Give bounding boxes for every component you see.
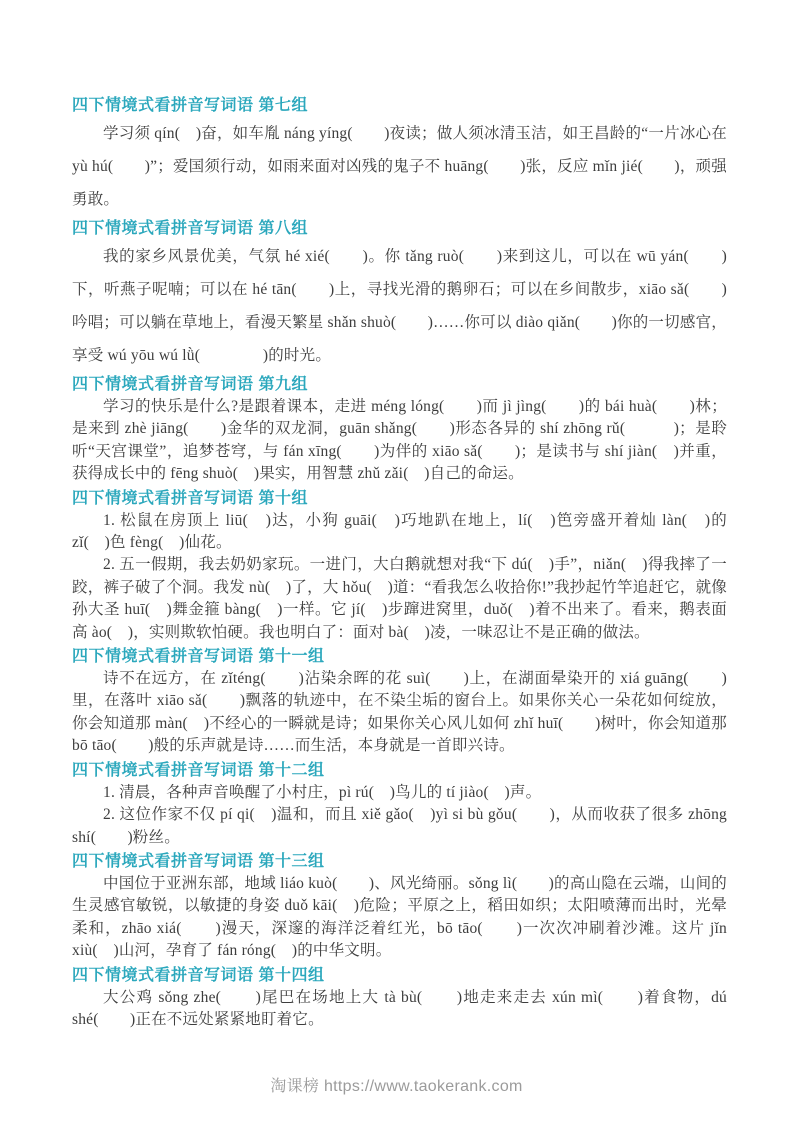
- group-title: 四下情境式看拼音写词语 第十组: [72, 489, 727, 509]
- group-paragraph: 我的家乡风景优美，气氛 hé xié( )。你 tǎng ruò( )来到这儿，…: [72, 240, 727, 372]
- group-paragraph: 2. 五一假期，我去奶奶家玩。一进门，大白鹅就想对我“下 dú( )手”，niǎ…: [72, 554, 727, 644]
- group-paragraph: 2. 这位作家不仅 pí qi( )温和，而且 xiě gǎo( )yì si …: [72, 804, 727, 849]
- worksheet-group-8: 四下情境式看拼音写词语 第八组 我的家乡风景优美，气氛 hé xié( )。你 …: [72, 219, 727, 372]
- group-paragraph: 中国位于亚洲东部，地域 liáo kuò( )、风光绮丽。sǒng lì( )的…: [72, 873, 727, 963]
- worksheet-group-10: 四下情境式看拼音写词语 第十组 1. 松鼠在房顶上 liū( )达，小狗 guā…: [72, 489, 727, 644]
- group-paragraph: 1. 松鼠在房顶上 liū( )达，小狗 guāi( )巧地趴在地上，lí( )…: [72, 510, 727, 555]
- group-title: 四下情境式看拼音写词语 第十一组: [72, 647, 727, 667]
- group-title: 四下情境式看拼音写词语 第九组: [72, 375, 727, 395]
- group-title: 四下情境式看拼音写词语 第八组: [72, 219, 727, 239]
- worksheet-group-12: 四下情境式看拼音写词语 第十二组 1. 清晨，各种声音唤醒了小村庄，pì rú(…: [72, 761, 727, 849]
- group-title: 四下情境式看拼音写词语 第七组: [72, 96, 727, 116]
- footer-site-name: 淘课榜: [270, 1078, 319, 1095]
- worksheet-content: 四下情境式看拼音写词语 第七组 学习须 qín( )奋，如车胤 náng yín…: [72, 96, 727, 1031]
- group-paragraph: 1. 清晨，各种声音唤醒了小村庄，pì rú( )鸟儿的 tí jiào( )声…: [72, 782, 727, 804]
- page-footer: 淘课榜 https://www.taokerank.com: [0, 1073, 793, 1096]
- group-paragraph: 学习须 qín( )奋，如车胤 náng yíng( )夜读；做人须冰清玉洁，如…: [72, 117, 727, 216]
- worksheet-group-11: 四下情境式看拼音写词语 第十一组 诗不在远方，在 zǐténg( )沾染余晖的花…: [72, 647, 727, 758]
- group-paragraph: 学习的快乐是什么?是跟着课本，走进 méng lóng( )而 jì jìng(…: [72, 396, 727, 486]
- group-title: 四下情境式看拼音写词语 第十三组: [72, 852, 727, 872]
- group-title: 四下情境式看拼音写词语 第十二组: [72, 761, 727, 781]
- group-title: 四下情境式看拼音写词语 第十四组: [72, 966, 727, 986]
- worksheet-group-14: 四下情境式看拼音写词语 第十四组 大公鸡 sǒng zhe( )尾巴在场地上大 …: [72, 966, 727, 1032]
- worksheet-group-9: 四下情境式看拼音写词语 第九组 学习的快乐是什么?是跟着课本，走进 méng l…: [72, 375, 727, 486]
- worksheet-page: 四下情境式看拼音写词语 第七组 学习须 qín( )奋，如车胤 náng yín…: [0, 0, 793, 1122]
- worksheet-group-7: 四下情境式看拼音写词语 第七组 学习须 qín( )奋，如车胤 náng yín…: [72, 96, 727, 216]
- worksheet-group-13: 四下情境式看拼音写词语 第十三组 中国位于亚洲东部，地域 liáo kuò( )…: [72, 852, 727, 963]
- group-paragraph: 诗不在远方，在 zǐténg( )沾染余晖的花 suì( )上，在湖面晕染开的 …: [72, 668, 727, 758]
- group-paragraph: 大公鸡 sǒng zhe( )尾巴在场地上大 tà bù( )地走来走去 xún…: [72, 987, 727, 1032]
- footer-site-url[interactable]: https://www.taokerank.com: [324, 1078, 523, 1095]
